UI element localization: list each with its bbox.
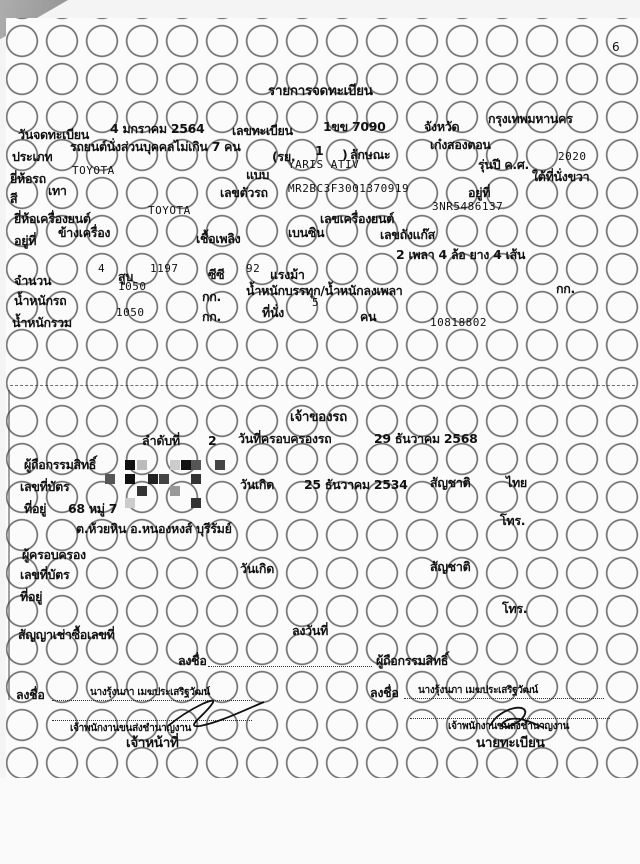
vehicle-type: รถยนต์นั่งส่วนบุคคลไม่เกิน 7 คน [70,140,240,154]
color: เทา [48,184,67,198]
type-label: ประเภท [12,150,52,164]
holder-sign-line [208,666,372,667]
seats-unit: คน [360,310,376,324]
vehicle-weight: 1050 [118,280,147,294]
owner-birth-label: วันเกิด [240,478,274,492]
cylinders: 4 [98,262,105,276]
plate-label: เลขทะเบียน [232,124,293,138]
cylinders-label: จำนวน [14,274,51,288]
rs-value: 1 [315,144,323,158]
possession-date-label: วันที่ครอบครองรถ [238,432,331,446]
fuel-label: เชื้อเพลิง [196,232,240,246]
possessor-label: ผู้ครอบครอง [22,548,86,562]
axles-wheels: 2 เพลา 4 ล้อ ยาง 4 เส้น [396,248,525,262]
model: YARIS ATIV [288,158,359,172]
model-year: 2020 [558,150,587,164]
cc-unit: ซีซี [208,268,224,282]
reg-date: 4 มกราคม 2564 [110,122,204,136]
possessor-id-label: เลขที่บัตร [20,568,69,582]
province-label: จังหวัด [424,120,459,134]
gas-tank-label: เลขถังแก๊ส [380,228,435,242]
holder-sign-label: ลงชื่อ [178,654,207,668]
body-style: เก๋งสองตอน [430,138,491,152]
engine-location: ข้างเครื่อง [58,226,110,240]
possessor-birth-label: วันเกิด [240,562,274,576]
possessor-nationality-label: สัญชาติ [430,560,470,574]
province: กรุงเทพมหานคร [488,112,573,126]
engine-cc: 1197 [150,262,179,276]
chassis-label: เลขตัวรถ [220,186,268,200]
load-unit: กก. [556,282,575,296]
color-label: สี [10,192,17,206]
contract-label: สัญญาเช่าซื้อเลขที่ [18,628,115,642]
gross-weight-unit: กก. [202,310,221,324]
weight-unit: กก. [202,290,221,304]
engine-brand-label: ยี่ห้อเครื่องยนต์ [14,212,91,226]
horsepower: 92 [246,262,260,276]
owner-nationality-label: สัญชาติ [430,476,470,490]
engine-location-label: อยู่ที่ [14,234,36,248]
plate-number: 1ขข 7090 [323,120,386,134]
redacted-personal-info [115,460,230,512]
owner-address-line2: ต.ห้วยหิน อ.หนองหงส์ บุรีรัมย์ [76,522,232,536]
officer-sign-label: ลงชื่อ [16,688,45,702]
owner-address-line1: 68 หมู่ 7 [68,502,117,516]
holder-sign-title: ผู้ถือกรรมสิทธิ์ [376,654,448,668]
officer-signature [160,688,270,734]
engine-brand: TOYOTA [148,204,191,218]
gross-weight: 1050 [116,306,145,320]
chassis-location: ใต้ที่นั่งขวา [532,170,589,184]
holder-label: ผู้ถือกรรมสิทธิ์ [24,458,96,472]
owner-id-label: เลขที่บัตร [20,480,69,494]
gross-weight-label: น้ำหนักรวม [12,316,72,330]
owner-phone-label: โทร. [500,514,525,528]
seats-label: ที่นั่ง [262,306,284,320]
section-divider [10,385,635,386]
brand-label: ยี่ห้อรถ [10,172,46,186]
model-label: แบบ [246,168,269,182]
reference-number: 10818802 [430,316,487,330]
possessor-address-label: ที่อยู่ [20,590,42,604]
page-number: 6 [612,40,620,54]
possessor-phone-label: โทร. [502,602,527,616]
owner-nationality: ไทย [506,476,527,490]
document-title: รายการจดทะเบียน [268,84,373,98]
hp-unit: แรงม้า [270,268,305,282]
weight-label: น้ำหนักรถ [14,294,66,308]
page-binding-edge [8,390,10,700]
year-label: รุ่นปี ค.ศ. [478,158,529,172]
order-number: 2 [208,434,216,448]
owner-section-title: เจ้าของรถ [290,410,347,424]
order-label: ลำดับที่ [142,434,180,448]
registrar-sign-line [404,698,604,699]
registrar-role: นายทะเบียน [476,736,545,750]
paper-margin [0,778,640,864]
officer-role: เจ้าหน้าที่ [126,736,179,750]
engine-number-label: เลขเครื่องยนต์ [320,212,394,226]
possession-date: 29 ธันวาคม 2568 [374,432,478,446]
registrar-sign-label: ลงชื่อ [370,686,399,700]
seats: 5 [312,296,319,310]
registrar-signature [480,700,550,736]
brand: TOYOTA [72,164,115,178]
engine-number: 3NR5486137 [432,200,503,214]
registrar-name: นางรุ้งนภา เมฆประเสริฐวัฒน์ [418,684,538,698]
load-label: น้ำหนักบรรทุก/น้ำหนักลงเพลา [246,284,403,298]
fuel: เบนซิน [288,226,324,240]
chassis-location-label: อยู่ที่ [468,186,490,200]
owner-birth-date: 25 ธันวาคม 2534 [304,478,408,492]
chassis-number: MR2BC3F3001370919 [288,182,409,196]
contract-date-label: ลงวันที่ [292,624,328,638]
owner-address-label: ที่อยู่ [24,502,46,516]
